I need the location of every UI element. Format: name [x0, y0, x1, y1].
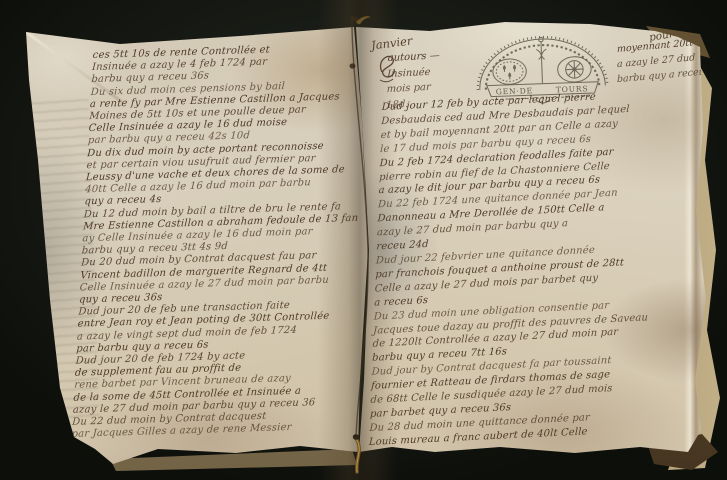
binding-cord-top-tuft — [356, 16, 371, 24]
binding-thread — [0, 0, 727, 480]
manuscript-photograph: ces 5tt 10s de rente Controllée etInsinu… — [0, 0, 727, 480]
binding-cord-knot — [353, 434, 359, 440]
binding-thread-knot — [350, 63, 356, 68]
binding-thread-line — [352, 16, 368, 438]
